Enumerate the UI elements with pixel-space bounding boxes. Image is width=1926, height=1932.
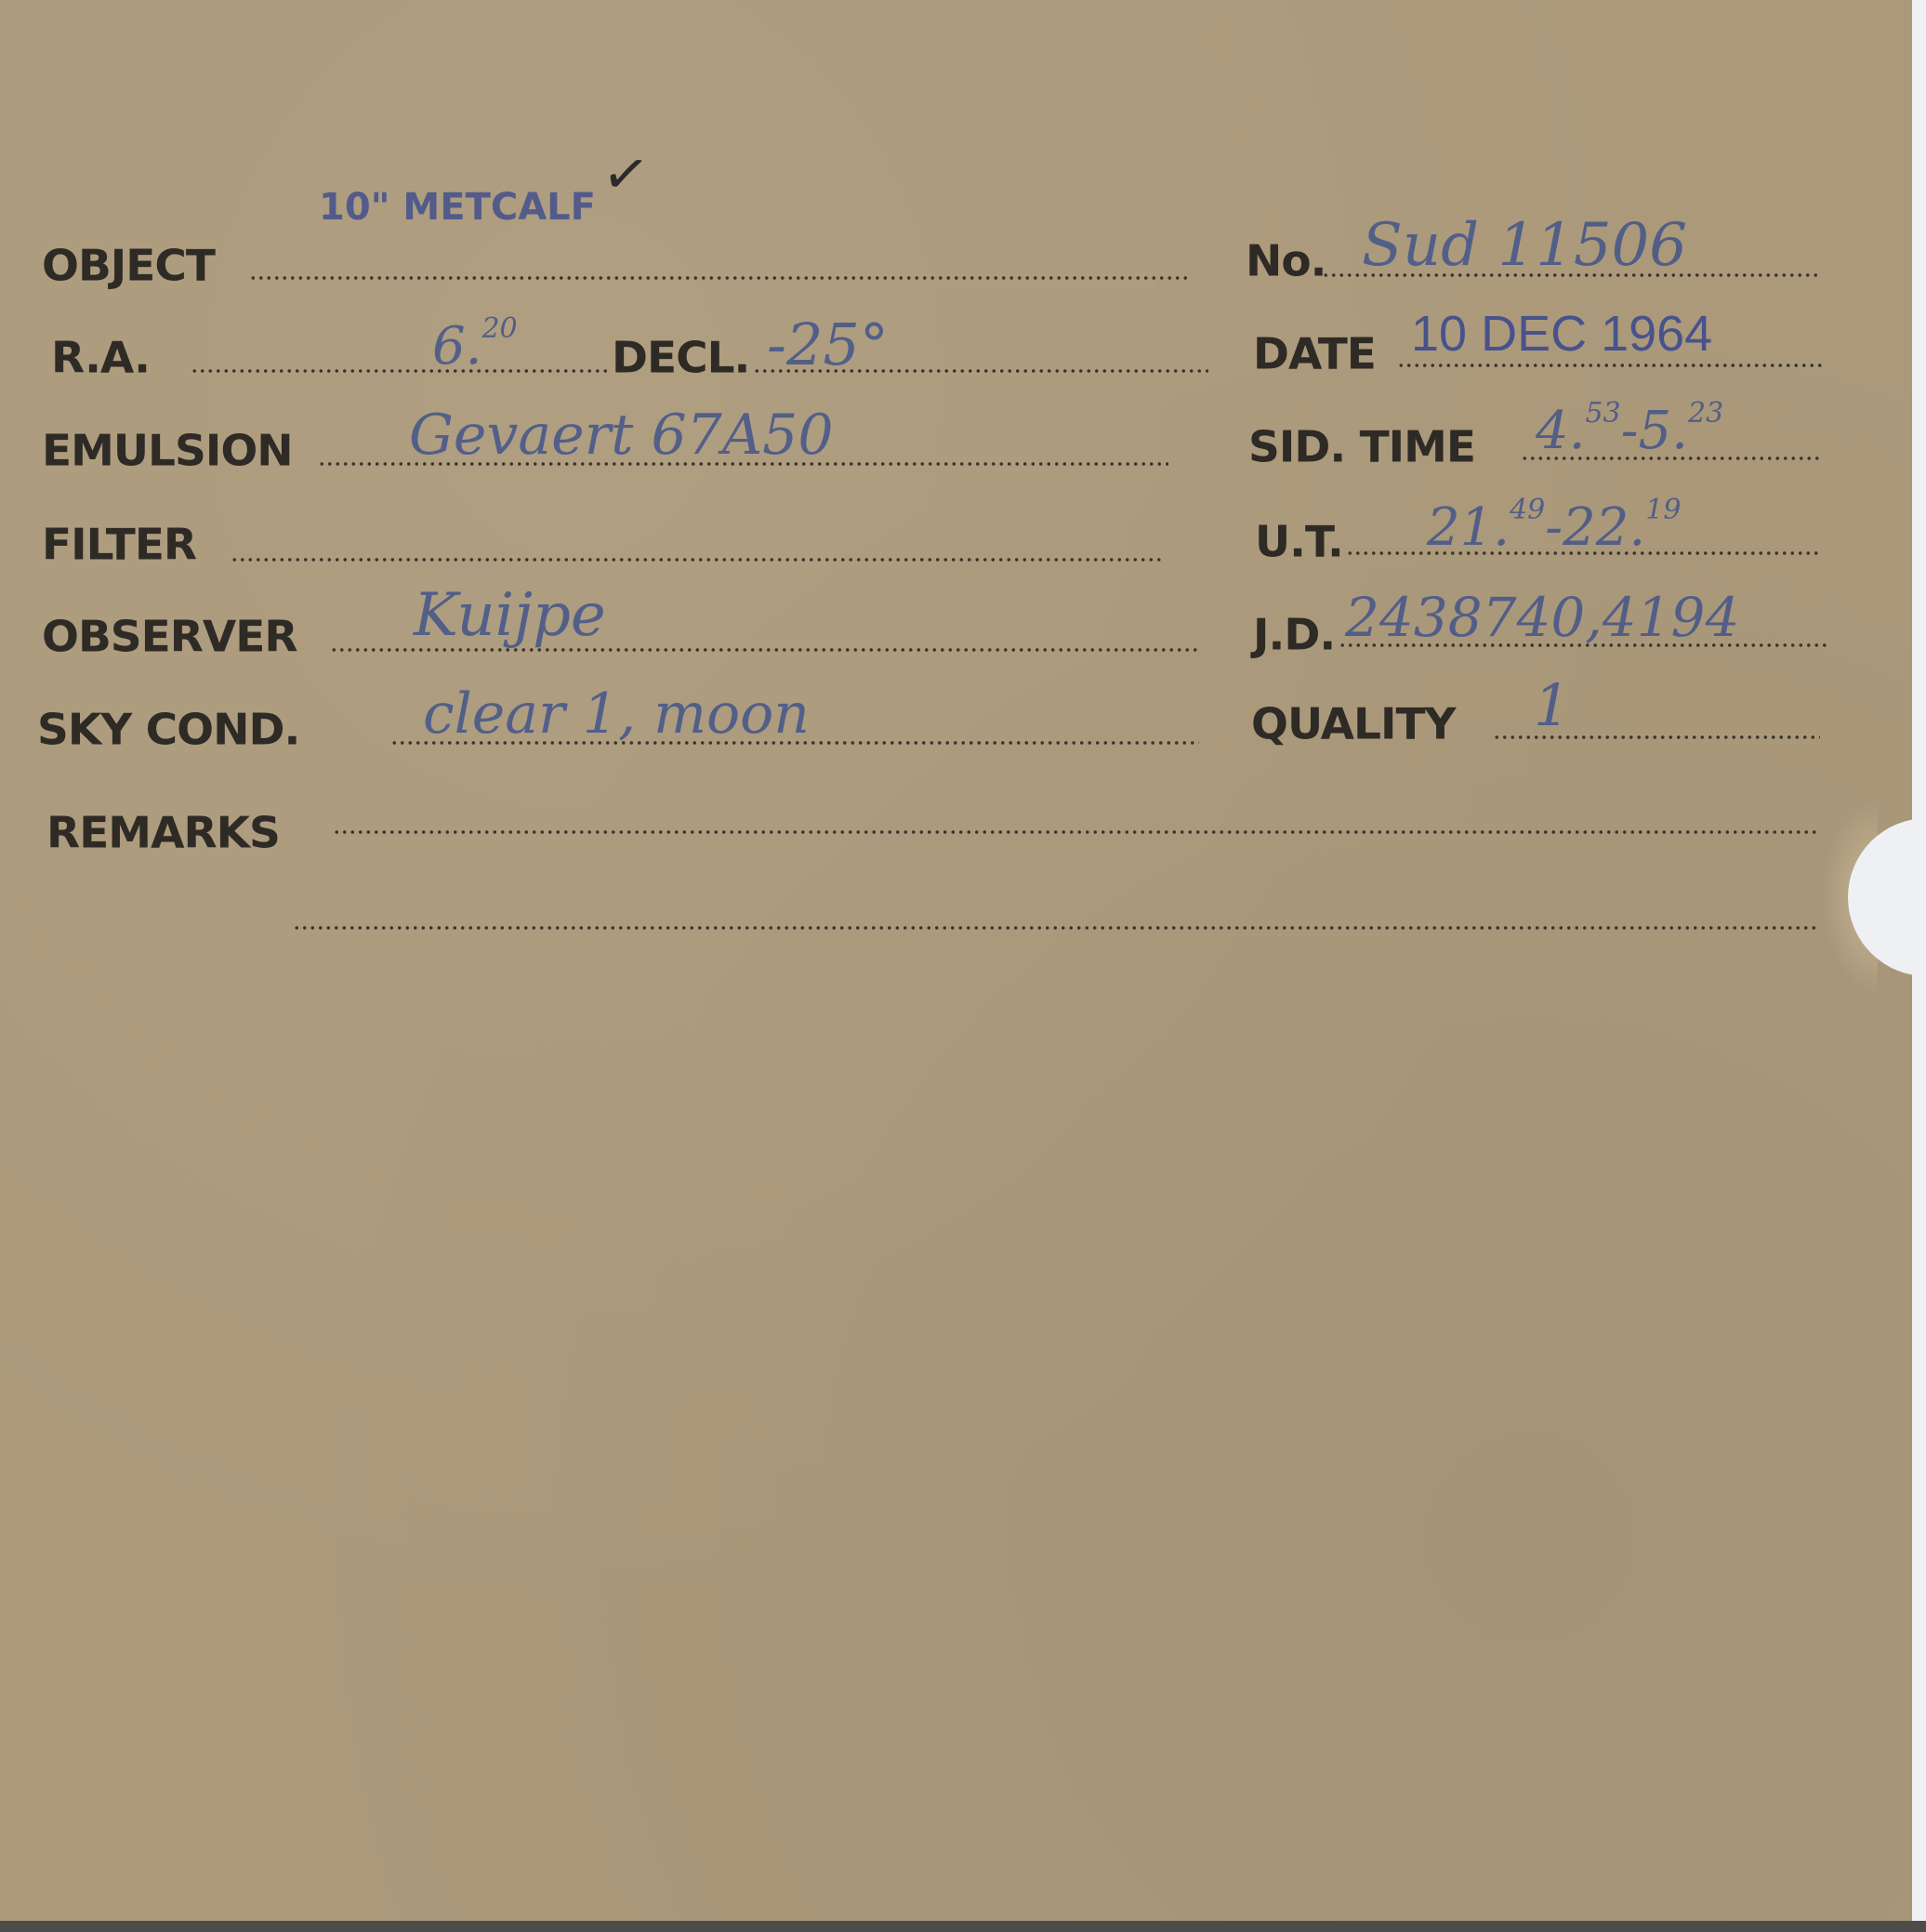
remarks-label: REMARKS bbox=[46, 812, 280, 854]
date-stamp: 10 DEC 1964 bbox=[1411, 309, 1712, 359]
jd-value: 2438740,4194 bbox=[1345, 590, 1739, 644]
number-label: No. bbox=[1246, 240, 1326, 283]
observer-value: Kuijpe bbox=[414, 586, 606, 645]
remarks-line-2 bbox=[293, 926, 1817, 930]
decl-value: -25° bbox=[767, 316, 889, 374]
ra-label: R.A. bbox=[51, 337, 150, 379]
check-mark-icon: ✓ bbox=[599, 144, 653, 205]
quality-value: 1 bbox=[1534, 677, 1570, 734]
remarks-line-1 bbox=[333, 830, 1817, 834]
filter-label: FILTER bbox=[42, 523, 196, 566]
sky-cond-value: clear 1, moon bbox=[423, 686, 810, 742]
ra-value: 6.20 bbox=[432, 321, 518, 373]
telescope-stamp: 10" METCALF bbox=[319, 189, 596, 226]
ra-line bbox=[191, 369, 609, 373]
quality-label: QUALITY bbox=[1251, 703, 1456, 746]
sid-time-label: SID. TIME bbox=[1248, 426, 1475, 469]
ut-label: U.T. bbox=[1255, 521, 1343, 563]
filter-line bbox=[231, 558, 1162, 562]
decl-label: DECL. bbox=[612, 337, 749, 379]
date-label: DATE bbox=[1253, 333, 1376, 376]
observer-label: OBSERVER bbox=[42, 615, 297, 658]
emulsion-label: EMULSION bbox=[42, 430, 293, 472]
date-line bbox=[1397, 364, 1825, 367]
plate-envelope bbox=[0, 0, 1912, 1923]
object-line bbox=[249, 276, 1190, 280]
emulsion-value: Gevaert 67A50 bbox=[409, 407, 834, 463]
ut-value: 21.49-22.19 bbox=[1427, 502, 1681, 554]
sky-cond-label: SKY COND. bbox=[37, 708, 299, 751]
number-value: Sud 11506 bbox=[1362, 216, 1687, 275]
bottom-edge bbox=[0, 1921, 1926, 1932]
jd-label: J.D. bbox=[1253, 614, 1335, 656]
sid-time-value: 4.53-5.23 bbox=[1536, 405, 1723, 457]
object-label: OBJECT bbox=[42, 245, 215, 287]
